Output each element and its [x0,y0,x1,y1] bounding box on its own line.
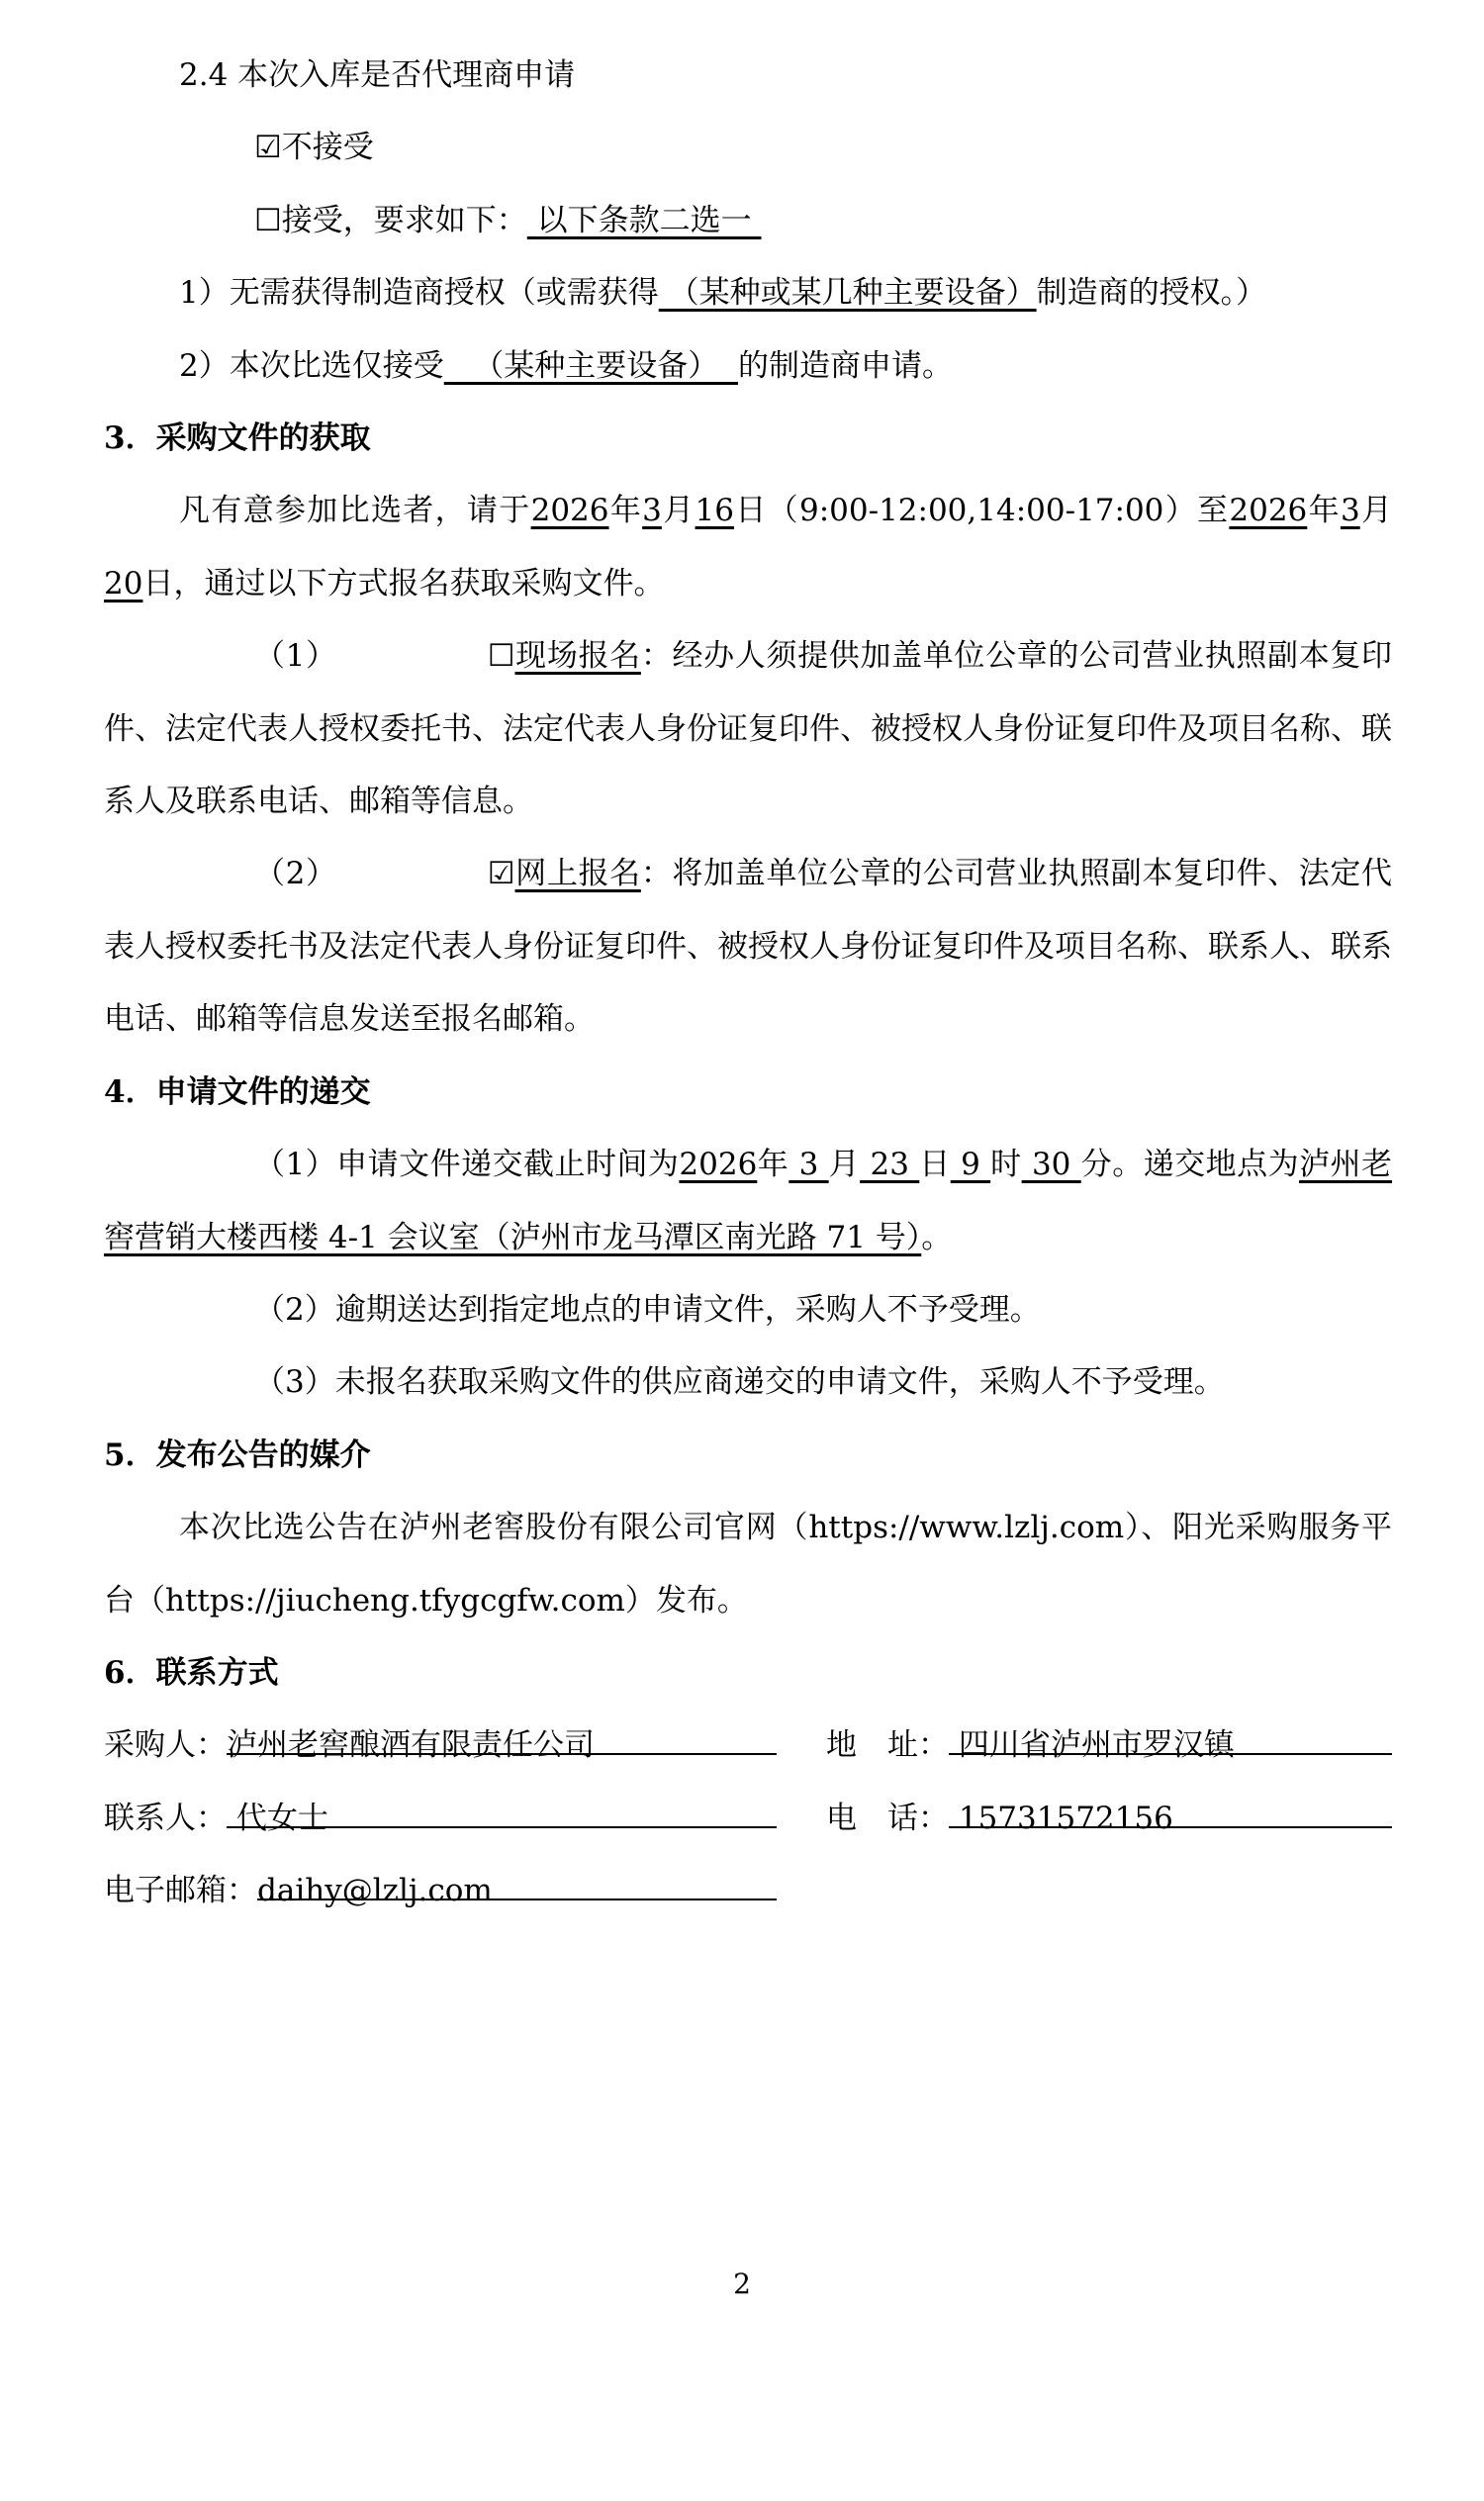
text: 日 [919,1147,950,1182]
option-accept: ☐接受，要求如下： 以下条款二选一 [104,185,1392,257]
text: 。 [921,1220,952,1255]
option-accept-label: 接受，要求如下： [282,203,527,238]
section-6-title: 6．联系方式 [104,1637,1392,1710]
text: 日（9:00-12:00,14:00-17:00）至 [734,493,1229,528]
text: 日，通过以下方式报名获取采购文件。 [142,566,664,602]
text: 凡有意参加比选者，请于 [179,493,531,528]
text: 年 [609,493,643,528]
phone-label: 电 话： [826,1783,949,1855]
unchecked-box-icon: ☐ [337,620,515,693]
text: 分。递交地点为 [1081,1147,1299,1182]
start-year: 2026 [531,493,609,528]
text: 月 [829,1147,860,1182]
contact-row-3: 电子邮箱： daihy@lzlj.com [104,1855,1392,1927]
contact-person-label: 联系人： [104,1783,227,1855]
unchecked-box-icon: ☐ [179,185,282,257]
purchaser-value: 泸州老窖酿酒有限责任公司 [227,1710,777,1755]
late-submission-note: （2）逾期送达到指定地点的申请文件，采购人不予受理。 [104,1274,1392,1346]
section-5-text: 本次比选公告在泸州老窖股份有限公司官网（https://www.lzlj.com… [104,1492,1392,1637]
item-number: （2） [254,856,337,891]
option-accept-value: 以下条款二选一 [527,203,762,238]
unregistered-note: （3）未报名获取采购文件的供应商递交的申请文件，采购人不予受理。 [104,1346,1392,1419]
clause-1-post: 制造商的授权。） [1037,275,1267,311]
purchaser-label: 采购人： [104,1710,227,1782]
onsite-registration: （1）☐现场报名：经办人须提供加盖单位公章的公司营业执照副本复印件、法定代表人授… [104,620,1392,838]
option-reject-label: 不接受 [282,130,374,165]
item-number: （1） [254,638,337,674]
clause-2-fill: （某种主要设备） [444,348,738,384]
onsite-label: 现场报名 [515,638,641,674]
text: 月 [662,493,696,528]
clause-1-pre: 1）无需获得制造商授权（或需获得 [179,275,659,311]
end-month: 3 [1341,493,1360,528]
contact-row-2: 联系人： 代女士 电 话： 15731572156 [104,1783,1392,1855]
address-value: 四川省泸州市罗汉镇 [949,1710,1392,1755]
end-day: 20 [104,566,142,602]
section-3-para: 凡有意参加比选者，请于2026年3月16日（9:00-12:00,14:00-1… [104,475,1392,620]
option-reject: ☑不接受 [104,112,1392,184]
contact-row-1: 采购人： 泸州老窖酿酒有限责任公司 地 址： 四川省泸州市罗汉镇 [104,1710,1392,1782]
deadline-month: 3 [788,1147,828,1182]
document-page: 2.4 本次入库是否代理商申请 ☑不接受 ☐接受，要求如下： 以下条款二选一 1… [104,40,1392,1928]
submission-deadline: （1）申请文件递交截止时间为2026年 3 月 23 日 9 时 30 分。递交… [104,1129,1392,1274]
section-3-title: 3．采购文件的获取 [104,403,1392,475]
email-label: 电子邮箱： [104,1855,257,1927]
end-year: 2026 [1229,493,1307,528]
phone-value: 15731572156 [949,1783,1392,1828]
section-5-title: 5．发布公告的媒介 [104,1420,1392,1492]
online-registration: （2）☑网上报名：将加盖单位公章的公司营业执照副本复印件、法定代表人授权委托书及… [104,838,1392,1056]
clause-2-pre: 2）本次比选仅接受 [179,348,444,384]
clause-2-post: 的制造商申请。 [738,348,953,384]
checked-box-icon: ☑ [179,112,282,184]
checked-box-icon: ☑ [337,838,515,910]
start-month: 3 [642,493,662,528]
email-value[interactable]: daihy@lzlj.com [257,1855,777,1900]
deadline-minute: 30 [1022,1147,1081,1182]
section-4-title: 4．申请文件的递交 [104,1057,1392,1129]
page-number: 2 [0,2268,1484,2300]
deadline-hour: 9 [951,1147,990,1182]
text: （1）申请文件递交截止时间为 [254,1147,679,1182]
clause-1: 1）无需获得制造商授权（或需获得 （某种或某几种主要设备）制造商的授权。） [104,257,1392,329]
deadline-day: 23 [860,1147,919,1182]
section-2-4-title: 2.4 本次入库是否代理商申请 [104,40,1392,112]
online-label: 网上报名 [515,856,641,891]
address-label: 地 址： [826,1710,949,1782]
start-day: 16 [696,493,734,528]
deadline-year: 2026 [679,1147,757,1182]
clause-2: 2）本次比选仅接受 （某种主要设备） 的制造商申请。 [104,330,1392,403]
clause-1-fill: （某种或某几种主要设备） [659,275,1037,311]
text: 年 [757,1147,788,1182]
contact-person-value: 代女士 [227,1783,777,1828]
text: 年 [1307,493,1341,528]
text: 时 [990,1147,1021,1182]
text: 月 [1360,493,1392,528]
